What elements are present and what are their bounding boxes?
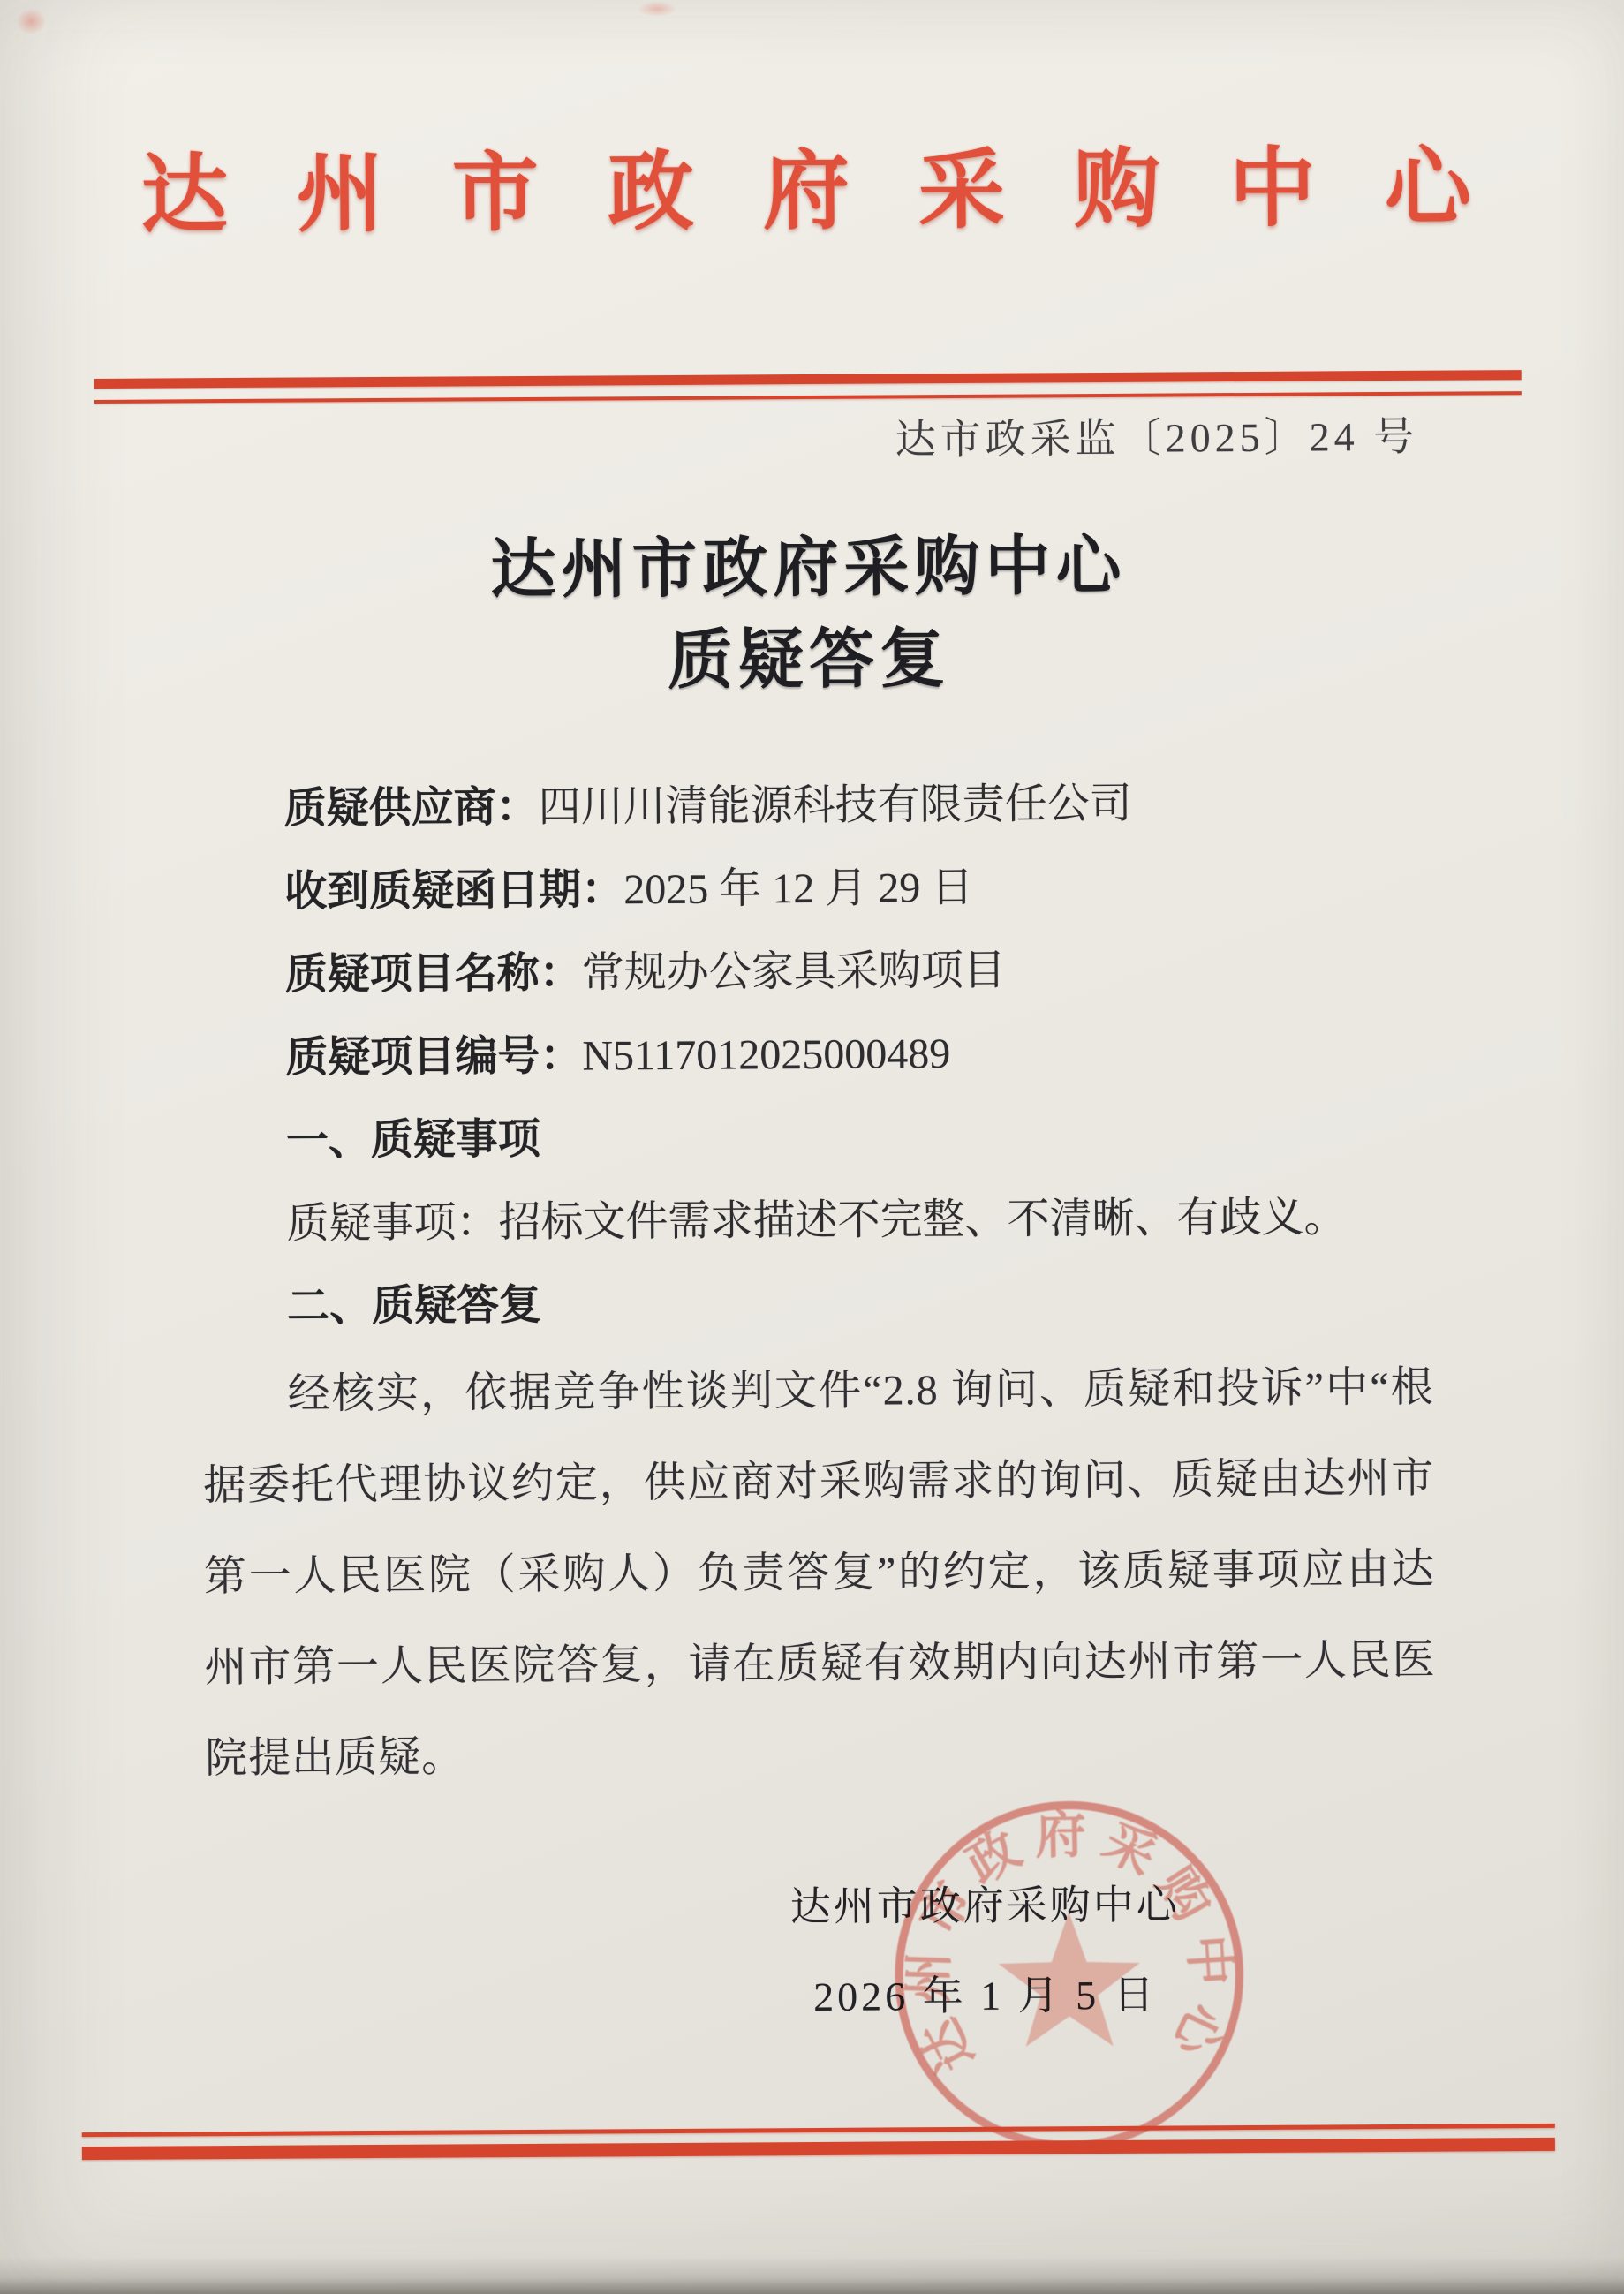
field-project-name-label: 质疑项目名称：	[285, 950, 582, 999]
document-body: 质疑供应商：四川川清能源科技有限责任公司 收到质疑函日期：2025 年 12 月…	[199, 761, 1436, 1804]
photo-edge-shadow	[0, 2257, 1624, 2294]
field-project-name-value: 常规办公家具采购项目	[582, 947, 1006, 997]
ink-smudge	[16, 8, 46, 34]
section1-body: 质疑事项：招标文件需求描述不完整、不清晰、有歧义。	[201, 1176, 1433, 1267]
document-number: 达市政采监〔2025〕24 号	[895, 404, 1418, 466]
seal-star-icon	[998, 1912, 1140, 2047]
document-title: 达州市政府采购中心 质疑答复	[0, 517, 1621, 711]
section2-paragraph: 经核实，依据竞争性谈判文件“2.8 询问、质疑和投诉”中“根据委托代理协议约定，…	[202, 1342, 1436, 1805]
section2-heading: 二、质疑答复	[202, 1259, 1434, 1350]
field-supplier-value: 四川川清能源科技有限责任公司	[538, 781, 1131, 831]
field-project-number-value: N5117012025000489	[582, 1030, 950, 1080]
document-title-line2: 质疑答复	[0, 609, 1621, 711]
field-project-name: 质疑项目名称：常规办公家具采购项目	[200, 927, 1432, 1018]
field-received-date-value: 2025 年 12 月 29 日	[623, 864, 973, 913]
field-received-date-label: 收到质疑函日期：	[284, 866, 623, 915]
document-title-line1: 达州市政府采购中心	[0, 517, 1620, 619]
letterhead-rule-thick	[94, 370, 1522, 389]
section1-heading: 一、质疑事项	[201, 1093, 1433, 1184]
footer-rule-thick	[82, 2138, 1555, 2160]
field-project-number-label: 质疑项目编号：	[285, 1033, 582, 1082]
field-received-date: 收到质疑函日期：2025 年 12 月 29 日	[200, 844, 1431, 935]
ink-smudge	[638, 1, 676, 17]
field-project-number: 质疑项目编号：N5117012025000489	[200, 1010, 1432, 1101]
letterhead-org-title: 达州市政府采购中心	[28, 117, 1624, 251]
letterhead-rule-thin	[94, 391, 1522, 404]
field-supplier: 质疑供应商：四川川清能源科技有限责任公司	[199, 761, 1431, 852]
scanned-document-page: 达州市政府采购中心 达市政采监〔2025〕24 号 达州市政府采购中心 质疑答复…	[0, 0, 1624, 2294]
page-content: 达州市政府采购中心 达市政采监〔2025〕24 号 达州市政府采购中心 质疑答复…	[0, 0, 1624, 2294]
official-seal-stamp: 达州市政府采购中心	[887, 1793, 1250, 2157]
footer-rule-thin	[82, 2124, 1555, 2137]
field-supplier-label: 质疑供应商：	[283, 784, 538, 833]
